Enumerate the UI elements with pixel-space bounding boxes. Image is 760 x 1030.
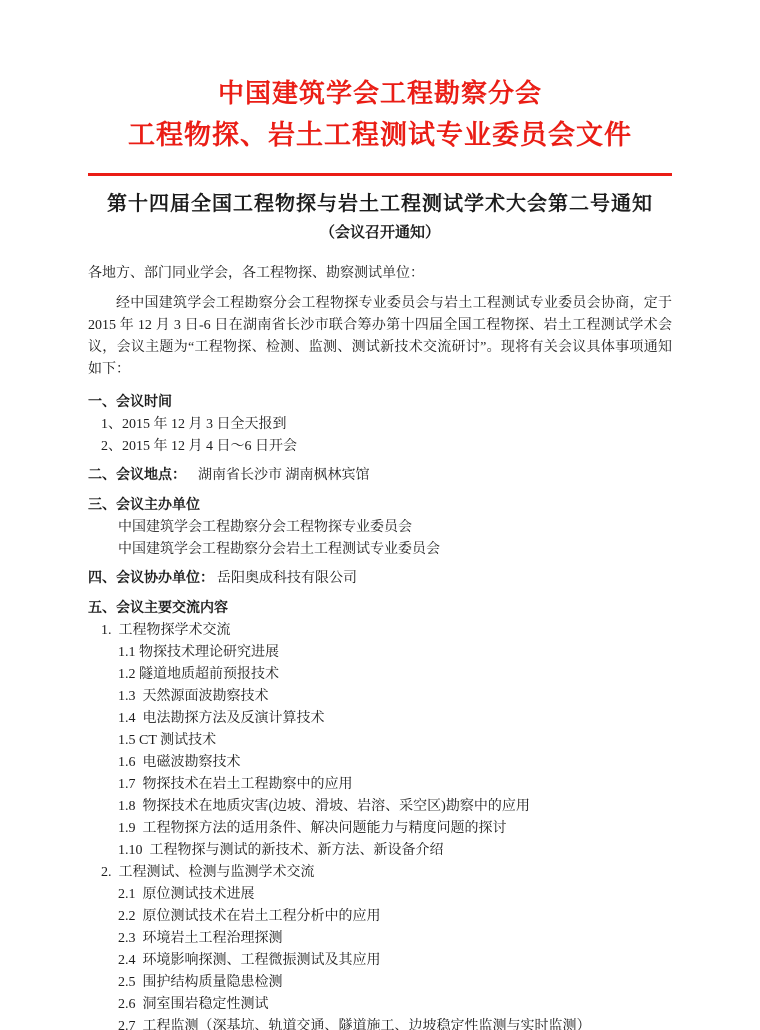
meeting-time-item-2: 2、2015 年 12 月 4 日～6 日开会 — [88, 436, 672, 457]
document-subtitle: （会议召开通知） — [88, 222, 672, 244]
document-title: 第十四届全国工程物探与岩土工程测试学术大会第二号通知 — [88, 191, 672, 217]
section-host-organizations: 三、会议主办单位 中国建筑学会工程勘察分会工程物探专业委员会 中国建筑学会工程勘… — [88, 493, 672, 560]
section-5-heading: 五、会议主要交流内容 — [88, 596, 672, 619]
section-2-heading: 二、会议地点： — [88, 466, 186, 482]
topic-item: 1.5 CT 测试技术 — [88, 730, 672, 751]
topic-item: 1.10 工程物探与测试的新技术、新方法、新设备介绍 — [88, 840, 672, 861]
topic-item: 2.6 洞室围岩稳定性测试 — [88, 994, 672, 1015]
intro-paragraph: 经中国建筑学会工程勘察分会工程物探专业委员会与岩土工程测试专业委员会协商，定于 … — [88, 293, 672, 381]
topic-item: 1.6 电磁波勘察技术 — [88, 752, 672, 773]
host-organization-2: 中国建筑学会工程勘察分会岩土工程测试专业委员会 — [88, 539, 672, 560]
document-page: 中国建筑学会工程勘察分会 工程物探、岩土工程测试专业委员会文件 第十四届全国工程… — [0, 0, 760, 1030]
topic-item: 1.4 电法勘探方法及反演计算技术 — [88, 708, 672, 729]
topic-item: 1.8 物探技术在地质灾害(边坡、滑坡、岩溶、采空区)勘察中的应用 — [88, 796, 672, 817]
topic-item: 2.5 围护结构质量隐患检测 — [88, 972, 672, 993]
meeting-time-item-1: 1、2015 年 12 月 3 日全天报到 — [88, 414, 672, 435]
co-organizer-value: 岳阳奥成科技有限公司 — [217, 571, 357, 586]
topic-group-2-title: 2. 工程测试、检测与监测学术交流 — [88, 862, 672, 883]
org-title-line2: 工程物探、岩土工程测试专业委员会文件 — [88, 117, 672, 153]
section-co-organizer: 四、会议协办单位：岳阳奥成科技有限公司 — [88, 566, 672, 590]
letterhead: 中国建筑学会工程勘察分会 工程物探、岩土工程测试专业委员会文件 — [88, 78, 672, 176]
topic-item: 1.3 天然源面波勘察技术 — [88, 686, 672, 707]
section-1-heading: 一、会议时间 — [88, 390, 672, 413]
section-3-heading: 三、会议主办单位 — [88, 493, 672, 516]
topic-item: 2.3 环境岩土工程治理探测 — [88, 928, 672, 949]
section-meeting-place: 二、会议地点：湖南省长沙市 湖南枫林宾馆 — [88, 463, 672, 487]
salutation-line: 各地方、部门同业学会，各工程物探、勘察测试单位： — [88, 263, 672, 284]
topic-item: 2.1 原位测试技术进展 — [88, 884, 672, 905]
topic-item: 2.4 环境影响探测、工程微振测试及其应用 — [88, 950, 672, 971]
section-4-heading: 四、会议协办单位： — [88, 569, 214, 585]
topic-item: 1.2 隧道地质超前预报技术 — [88, 664, 672, 685]
topic-item: 2.7 工程监测（深基坑、轨道交通、隧道施工、边坡稳定性监测与实时监测） — [88, 1016, 672, 1030]
topic-item: 2.2 原位测试技术在岩土工程分析中的应用 — [88, 906, 672, 927]
section-exchange-topics: 五、会议主要交流内容 1. 工程物探学术交流 1.1 物探技术理论研究进展 1.… — [88, 596, 672, 1030]
topic-group-1-title: 1. 工程物探学术交流 — [88, 620, 672, 641]
topic-item: 1.1 物探技术理论研究进展 — [88, 642, 672, 663]
topic-item: 1.7 物探技术在岩土工程勘察中的应用 — [88, 774, 672, 795]
meeting-place-value: 湖南省长沙市 湖南枫林宾馆 — [198, 468, 370, 483]
red-divider-rule — [88, 173, 672, 176]
topic-item: 1.9 工程物探方法的适用条件、解决问题能力与精度问题的探讨 — [88, 818, 672, 839]
host-organization-1: 中国建筑学会工程勘察分会工程物探专业委员会 — [88, 517, 672, 538]
org-title-line1: 中国建筑学会工程勘察分会 — [88, 78, 672, 110]
section-meeting-time: 一、会议时间 1、2015 年 12 月 3 日全天报到 2、2015 年 12… — [88, 390, 672, 457]
